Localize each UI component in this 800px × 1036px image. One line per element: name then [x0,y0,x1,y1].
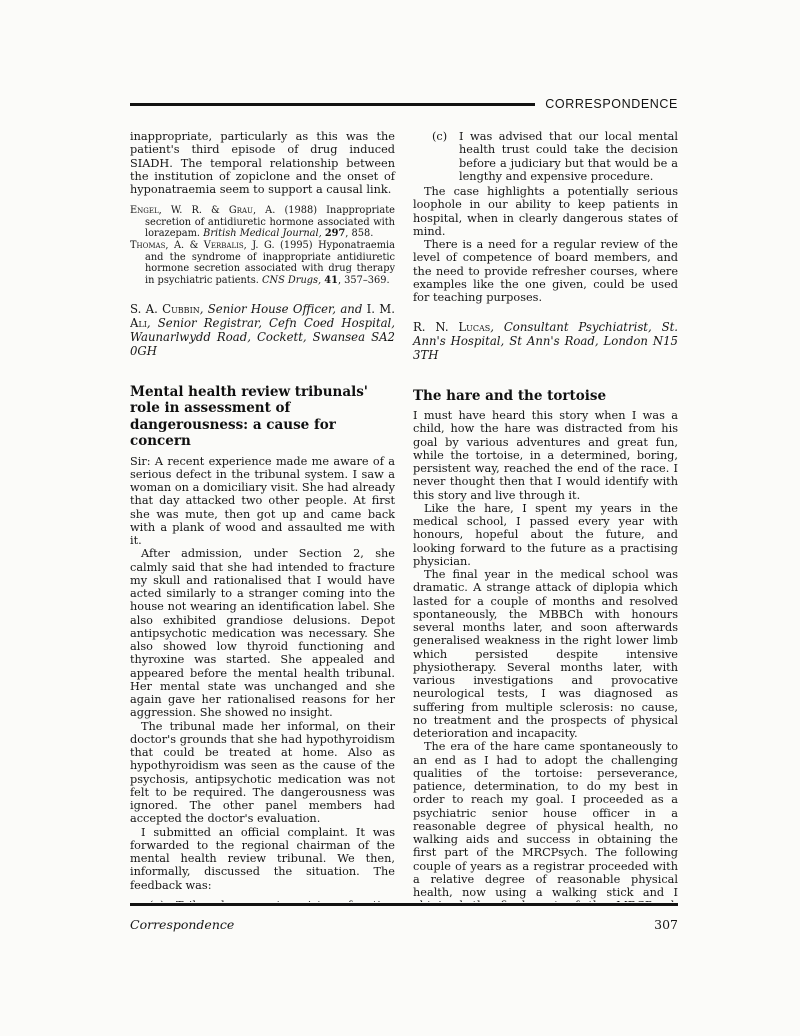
reference-authors: Thomas, A. & Verbalis, J. G. [130,240,275,251]
feedback-list-continued: (c) I was advised that our local mental … [413,130,678,183]
letter-paragraph: I submitted an official complaint. It wa… [130,826,395,892]
reference-list: Engel, W. R. & Grau, A. (1988) Inappropr… [130,205,395,286]
feedback-list: (a) Tribunals cease to exist or function… [130,899,395,902]
footer-section-name: Correspondence [130,917,234,932]
author-signature: R. N. Lucas, Consultant Psychiatrist, St… [413,321,678,362]
letter-paragraph: After admission, under Section 2, she ca… [130,547,395,719]
reference-entry: Engel, W. R. & Grau, A. (1988) Inappropr… [130,205,395,240]
reference-entry: Thomas, A. & Verbalis, J. G. (1995) Hypo… [130,240,395,286]
author-signature: S. A. Cubbin, Senior House Officer, and … [130,303,395,358]
letter-paragraph: The final year in the medical school was… [413,568,678,740]
feedback-item-text: I was advised that our local mental heal… [459,130,678,183]
left-column: inappropriate, particularly as this was … [130,130,395,902]
feedback-item-a: (a) Tribunals cease to exist or function… [130,899,395,902]
letter-title: The hare and the tortoise [413,388,678,405]
feedback-item-text: Tribunals cease to exist or function onc… [176,899,395,902]
reference-pages: , 858. [345,228,373,239]
footer-page-number: 307 [654,917,678,932]
letter-paragraph: The tribunal made her informal, on their… [130,720,395,826]
author-name: R. N. Lucas [413,320,490,334]
reference-journal: British Medical Journal, [203,228,322,239]
author-name: S. A. Cubbin [130,302,200,316]
content-columns: inappropriate, particularly as this was … [130,130,678,902]
right-column: (c) I was advised that our local mental … [413,130,678,902]
author-role: , Senior House Officer, and [200,302,367,316]
reference-journal: CNS Drugs, [262,275,321,286]
letter-title: Mental health review tribunals' role in … [130,384,395,450]
reference-pages: , 357–369. [338,275,390,286]
running-head: CORRESPONDENCE [545,97,678,111]
feedback-item-label: (a) [149,899,176,902]
footer-rule [130,903,678,906]
page-footer: Correspondence 307 [130,917,678,932]
letter-paragraph: The case highlights a potentially seriou… [413,185,678,238]
reference-volume: 41 [324,275,338,286]
letter-paragraph: There is a need for a regular review of … [413,238,678,304]
feedback-item-c: (c) I was advised that our local mental … [413,130,678,183]
feedback-item-label: (c) [432,130,459,183]
reference-volume: 297 [325,228,345,239]
letter-paragraph: Like the hare, I spent my years in the m… [413,502,678,568]
letter-paragraph: Sir: A recent experience made me aware o… [130,455,395,548]
letter-continuation-paragraph: inappropriate, particularly as this was … [130,130,395,196]
letter-paragraph: The era of the hare came spontaneously t… [413,740,678,902]
page-header: CORRESPONDENCE [130,97,678,111]
header-rule [130,103,535,106]
reference-authors: Engel, W. R. & Grau, A. [130,205,275,216]
letter-paragraph: I must have heard this story when I was … [413,409,678,502]
journal-page: CORRESPONDENCE inappropriate, particular… [0,0,800,1036]
author-role: , Senior Registrar, Cefn Coed Hospital, … [130,316,395,358]
